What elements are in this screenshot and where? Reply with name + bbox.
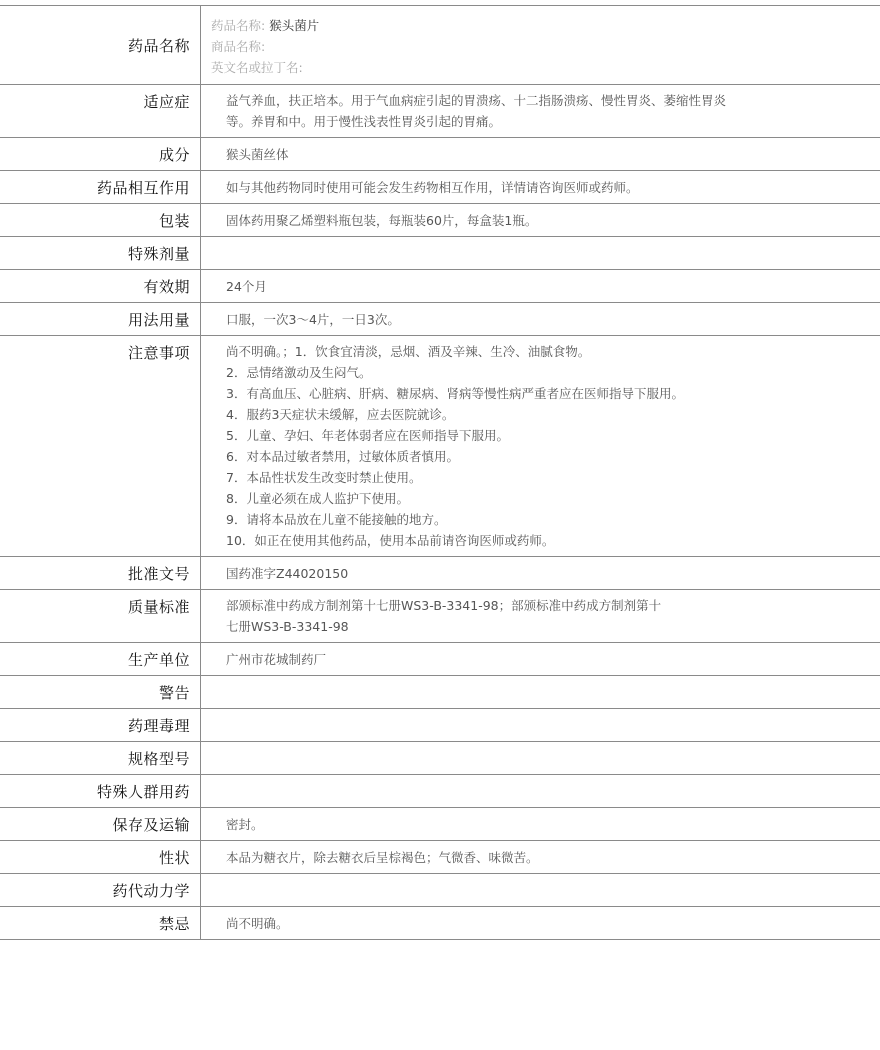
row-label: 保存及运输 xyxy=(0,808,201,841)
value-line: 本品为糖衣片，除去糖衣后呈棕褐色；气微香、味微苦。 xyxy=(226,847,880,868)
row-value: 药品名称:猴头菌片 商品名称: 英文名或拉丁名: xyxy=(201,6,880,85)
value-line: 密封。 xyxy=(226,814,880,835)
value-line: 尚不明确。；1．饮食宜清淡，忌烟、酒及辛辣、生冷、油腻食物。 xyxy=(226,341,880,362)
value-line: 4．服药3天症状未缓解，应去医院就诊。 xyxy=(226,404,880,425)
row-value xyxy=(201,742,880,775)
row-label: 有效期 xyxy=(0,270,201,303)
row-label: 成分 xyxy=(0,138,201,171)
table-row: 适应症益气养血，扶正培本。用于气血病症引起的胃溃疡、十二指肠溃疡、慢性胃炎、萎缩… xyxy=(0,85,880,138)
value-line: 等。养胃和中。用于慢性浅表性胃炎引起的胃痛。 xyxy=(226,111,880,132)
row-value: 密封。 xyxy=(201,808,880,841)
row-label: 质量标准 xyxy=(0,590,201,643)
row-value: 尚不明确。；1．饮食宜清淡，忌烟、酒及辛辣、生冷、油腻食物。2．忌情绪激动及生闷… xyxy=(201,336,880,557)
table-row: 药理毒理 xyxy=(0,709,880,742)
table-row: 药品相互作用如与其他药物同时使用可能会发生药物相互作用，详情请咨询医师或药师。 xyxy=(0,171,880,204)
row-value: 如与其他药物同时使用可能会发生药物相互作用，详情请咨询医师或药师。 xyxy=(201,171,880,204)
row-label: 规格型号 xyxy=(0,742,201,775)
table-row: 特殊人群用药 xyxy=(0,775,880,808)
table-row: 用法用量口服，一次3～4片，一日3次。 xyxy=(0,303,880,336)
row-label: 生产单位 xyxy=(0,643,201,676)
row-label: 警告 xyxy=(0,676,201,709)
row-value: 尚不明确。 xyxy=(201,907,880,940)
table-row: 保存及运输密封。 xyxy=(0,808,880,841)
table-row: 包装固体药用聚乙烯塑料瓶包装，每瓶装60片，每盒装1瓶。 xyxy=(0,204,880,237)
table-row: 规格型号 xyxy=(0,742,880,775)
row-label: 特殊剂量 xyxy=(0,237,201,270)
value-line: 部颁标准中药成方制剂第十七册WS3-B-3341-98；部颁标准中药成方制剂第十 xyxy=(226,595,880,616)
row-value xyxy=(201,874,880,907)
row-label: 药代动力学 xyxy=(0,874,201,907)
row-label: 用法用量 xyxy=(0,303,201,336)
value-line: 固体药用聚乙烯塑料瓶包装，每瓶装60片，每盒装1瓶。 xyxy=(226,210,880,231)
row-value: 本品为糖衣片，除去糖衣后呈棕褐色；气微香、味微苦。 xyxy=(201,841,880,874)
table-row: 有效期24个月 xyxy=(0,270,880,303)
drug-info-table: 药品名称 药品名称:猴头菌片 商品名称: 英文名或拉丁名: 适应症益气养血，扶正… xyxy=(0,5,880,940)
value-line: 猴头菌丝体 xyxy=(226,144,880,165)
row-label: 禁忌 xyxy=(0,907,201,940)
row-drug-name: 药品名称 药品名称:猴头菌片 商品名称: 英文名或拉丁名: xyxy=(0,6,880,85)
table-row: 成分猴头菌丝体 xyxy=(0,138,880,171)
row-label: 特殊人群用药 xyxy=(0,775,201,808)
table-row: 批准文号国药准字Z44020150 xyxy=(0,557,880,590)
row-value: 广州市花城制药厂 xyxy=(201,643,880,676)
value-line: 七册WS3-B-3341-98 xyxy=(226,616,880,637)
value-line: 口服，一次3～4片，一日3次。 xyxy=(226,309,880,330)
value-line: 7．本品性状发生改变时禁止使用。 xyxy=(226,467,880,488)
row-label: 批准文号 xyxy=(0,557,201,590)
row-value: 国药准字Z44020150 xyxy=(201,557,880,590)
value-line: 国药准字Z44020150 xyxy=(226,563,880,584)
row-label: 适应症 xyxy=(0,85,201,138)
value-line: 如与其他药物同时使用可能会发生药物相互作用，详情请咨询医师或药师。 xyxy=(226,177,880,198)
value-line: 广州市花城制药厂 xyxy=(226,649,880,670)
value-line: 9．请将本品放在儿童不能接触的地方。 xyxy=(226,509,880,530)
row-value: 部颁标准中药成方制剂第十七册WS3-B-3341-98；部颁标准中药成方制剂第十… xyxy=(201,590,880,643)
table-row: 生产单位广州市花城制药厂 xyxy=(0,643,880,676)
trade-name: 商品名称: xyxy=(211,36,880,57)
value-line: 24个月 xyxy=(226,276,880,297)
value-line: 2．忌情绪激动及生闷气。 xyxy=(226,362,880,383)
row-value: 口服，一次3～4片，一日3次。 xyxy=(201,303,880,336)
value-line: 益气养血，扶正培本。用于气血病症引起的胃溃疡、十二指肠溃疡、慢性胃炎、萎缩性胃炎 xyxy=(226,90,880,111)
row-value xyxy=(201,237,880,270)
row-value xyxy=(201,775,880,808)
table-row: 质量标准部颁标准中药成方制剂第十七册WS3-B-3341-98；部颁标准中药成方… xyxy=(0,590,880,643)
value-line: 10．如正在使用其他药品，使用本品前请咨询医师或药师。 xyxy=(226,530,880,551)
value-line: 8．儿童必须在成人监护下使用。 xyxy=(226,488,880,509)
table-row: 警告 xyxy=(0,676,880,709)
row-value: 固体药用聚乙烯塑料瓶包装，每瓶装60片，每盒装1瓶。 xyxy=(201,204,880,237)
trade-name-label: 商品名称: xyxy=(211,39,265,54)
value-line: 3．有高血压、心脏病、肝病、糖尿病、肾病等慢性病严重者应在医师指导下服用。 xyxy=(226,383,880,404)
value-line: 尚不明确。 xyxy=(226,913,880,934)
generic-name-value: 猴头菌片 xyxy=(269,18,319,33)
table-row: 注意事项尚不明确。；1．饮食宜清淡，忌烟、酒及辛辣、生冷、油腻食物。2．忌情绪激… xyxy=(0,336,880,557)
table-row: 特殊剂量 xyxy=(0,237,880,270)
row-label: 注意事项 xyxy=(0,336,201,557)
row-value: 猴头菌丝体 xyxy=(201,138,880,171)
generic-name-label: 药品名称: xyxy=(211,18,265,33)
english-name: 英文名或拉丁名: xyxy=(211,57,880,78)
table-row: 性状本品为糖衣片，除去糖衣后呈棕褐色；气微香、味微苦。 xyxy=(0,841,880,874)
row-label: 性状 xyxy=(0,841,201,874)
table-row: 药代动力学 xyxy=(0,874,880,907)
table-row: 禁忌尚不明确。 xyxy=(0,907,880,940)
english-name-label: 英文名或拉丁名: xyxy=(211,60,303,75)
row-value xyxy=(201,709,880,742)
value-line: 6．对本品过敏者禁用，过敏体质者慎用。 xyxy=(226,446,880,467)
row-value: 24个月 xyxy=(201,270,880,303)
value-line: 5．儿童、孕妇、年老体弱者应在医师指导下服用。 xyxy=(226,425,880,446)
row-label: 药理毒理 xyxy=(0,709,201,742)
row-label: 药品名称 xyxy=(0,6,201,85)
row-label: 包装 xyxy=(0,204,201,237)
generic-name: 药品名称:猴头菌片 xyxy=(211,15,880,36)
row-label: 药品相互作用 xyxy=(0,171,201,204)
row-value xyxy=(201,676,880,709)
row-value: 益气养血，扶正培本。用于气血病症引起的胃溃疡、十二指肠溃疡、慢性胃炎、萎缩性胃炎… xyxy=(201,85,880,138)
